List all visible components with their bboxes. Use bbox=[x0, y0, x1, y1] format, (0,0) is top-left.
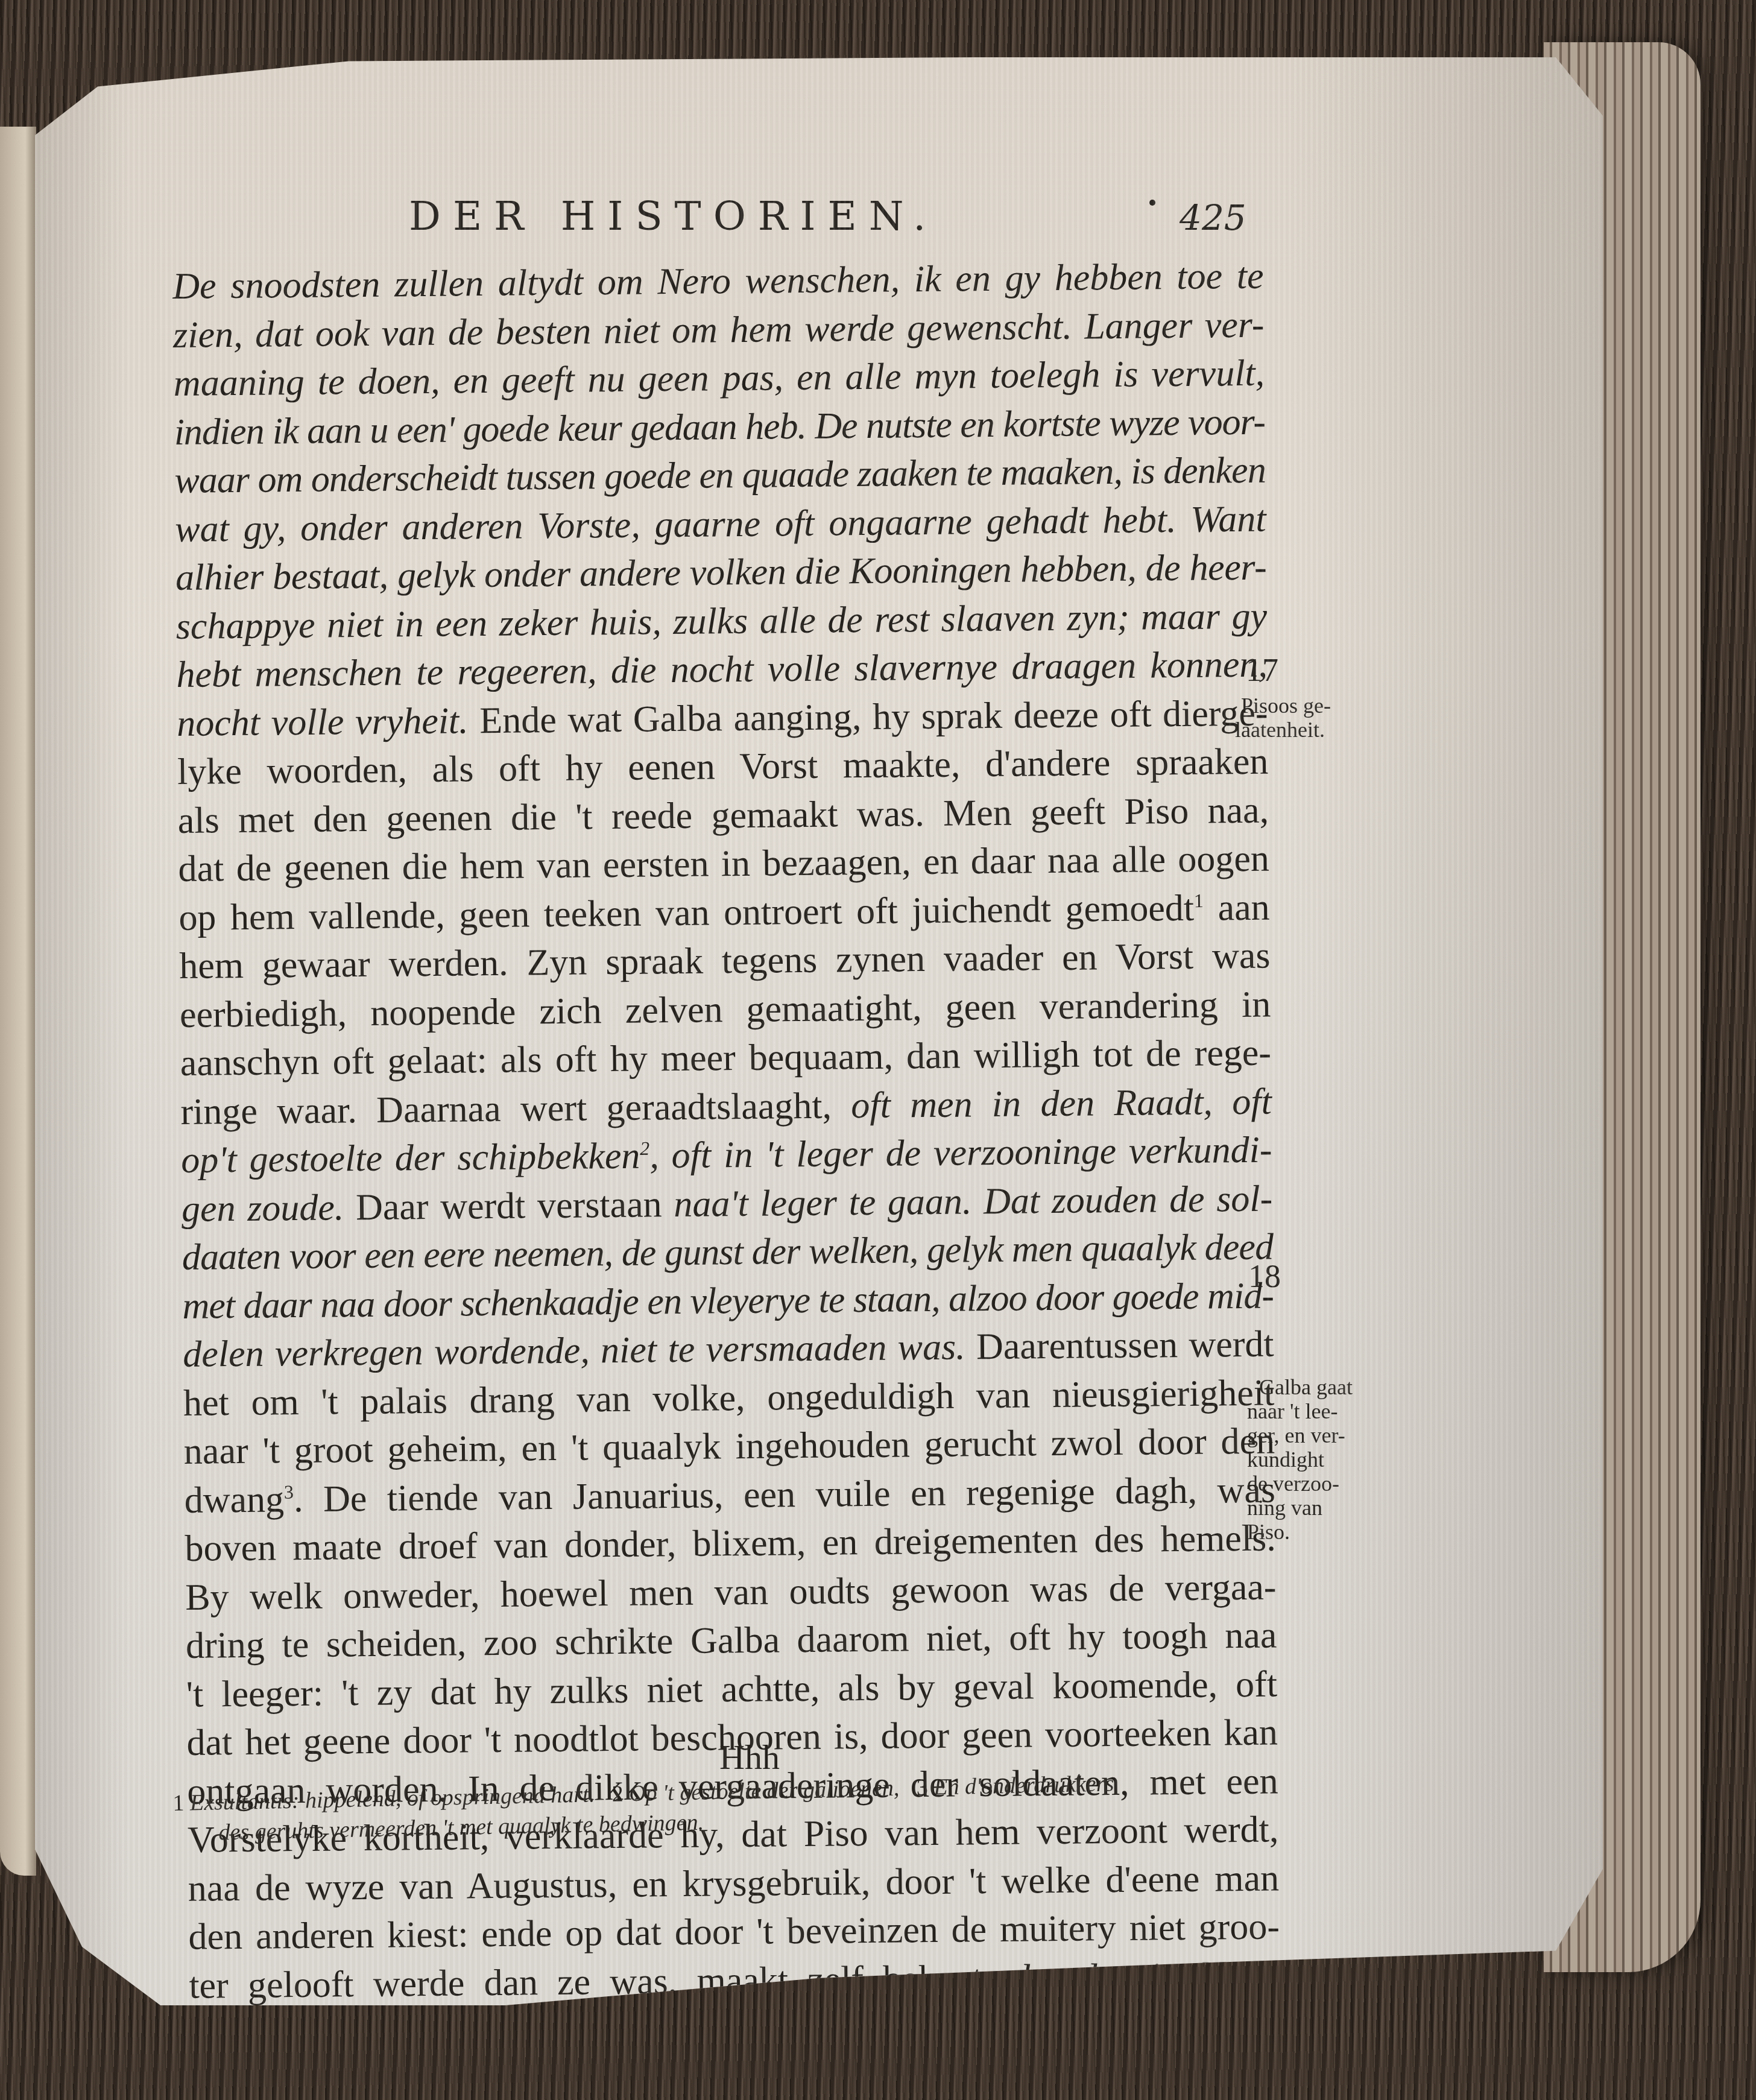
line-content: ter gelooft werde dan ze was, maakt zelf… bbox=[189, 1951, 1280, 2010]
text-run: 3 bbox=[284, 1481, 294, 1502]
text-run: dat de geenen die hem van eersten in bez… bbox=[178, 838, 1269, 890]
text-run: Daar werdt verstaan bbox=[344, 1184, 662, 1228]
text-run: boven maate droef van donder, blixem, en… bbox=[185, 1518, 1276, 1569]
text-run: By welk onweder, hoewel men van oudts ge… bbox=[185, 1566, 1277, 1618]
text-run: Daarentussen werdt bbox=[965, 1324, 1274, 1368]
margin-note-line: Pisoos ge- bbox=[1241, 694, 1331, 718]
margin-note-line: laatenheit. bbox=[1235, 718, 1331, 742]
text-run: , oft in 't leger de verzooninge verkund… bbox=[649, 1130, 1272, 1177]
footnote-number: 2 bbox=[611, 1781, 624, 1806]
text-run: lyke woorden, als oft hy eenen Vorst maa… bbox=[177, 741, 1269, 792]
text-run: gen zoude. bbox=[182, 1187, 344, 1230]
margin-note-line: de verzoo- bbox=[1247, 1472, 1353, 1496]
text-run: naa't leger te gaan. Dat zouden de sol- bbox=[662, 1178, 1272, 1225]
text-run: naar 't groot geheim, en 't quaalyk inge… bbox=[184, 1421, 1275, 1472]
footnote-text: En d'onderdrukkers bbox=[933, 1771, 1114, 1800]
facing-page-edge bbox=[0, 127, 36, 1876]
footnote-number: 3 bbox=[916, 1775, 928, 1800]
margin-note-line: naar 't lee- bbox=[1247, 1399, 1353, 1423]
text-run: schappye niet in een zeker huis, zulks a… bbox=[175, 595, 1267, 647]
text-run: De snoodsten zullen altydt om Nero wensc… bbox=[172, 256, 1264, 307]
text-run: als met den geenen die 't reede gemaakt … bbox=[178, 789, 1269, 841]
text-run: delen verkregen wordende, niet te versma… bbox=[183, 1326, 965, 1374]
text-line: twaalf- bbox=[189, 1999, 1300, 2058]
running-head: DER HISTORIEN. bbox=[409, 193, 938, 239]
text-run: met daar naa door schenkaadje en vleyery… bbox=[182, 1275, 1274, 1326]
text-run: zien, dat ook van de besten niet om hem … bbox=[173, 304, 1265, 355]
text-line: ter gelooft werde dan ze was, maakt zelf… bbox=[189, 1951, 1299, 2010]
text-run: 2 bbox=[640, 1137, 649, 1159]
footnote-number: 1 bbox=[172, 1791, 185, 1816]
text-run: . De tiende van Januarius, een vuile en … bbox=[294, 1469, 1276, 1520]
text-run: indien ik aan u een' goede keur gedaan h… bbox=[174, 401, 1265, 452]
ink-dot bbox=[1149, 200, 1155, 206]
text-run: op hem vallende, geen teeken van ontroer… bbox=[178, 887, 1194, 938]
text-run: naa de wyze van Augustus, en krysgebruik… bbox=[188, 1858, 1280, 1909]
text-run: hem gewaar werden. Zyn spraak tegens zyn… bbox=[179, 935, 1271, 987]
text-run: op't gestoelte der schipbekken bbox=[181, 1136, 640, 1181]
text-run: dring te scheiden, zoo schrikte Galba da… bbox=[186, 1615, 1277, 1666]
text-run: wat gy, onder anderen Vorste, gaarne oft… bbox=[175, 498, 1266, 549]
text-run: ringe waar. Daarnaa wert geraadtslaaght, bbox=[180, 1085, 832, 1132]
margin-note-line: Piso. bbox=[1247, 1520, 1353, 1544]
text-run: alhier bestaat, gelyk onder andere volke… bbox=[175, 547, 1267, 598]
margin-note-galba: Galba gaat naar 't lee- ger, en ver- kun… bbox=[1247, 1375, 1353, 1544]
text-run: het om 't palais drang van volke, ongedu… bbox=[183, 1372, 1275, 1423]
text-run: aanschyn oft gelaat: als oft hy meer beq… bbox=[180, 1033, 1271, 1084]
text-run: daaten voor een eere neemen, de gunst de… bbox=[182, 1227, 1274, 1278]
margin-note-line: kundight bbox=[1247, 1447, 1353, 1472]
text-run: ter gelooft werde dan ze was, maakt zelf… bbox=[189, 1958, 992, 2007]
text-run: twaalf- bbox=[1169, 2004, 1275, 2046]
section-number-18: 18 bbox=[1248, 1257, 1281, 1295]
text-run: maaning te doen, en geeft nu geen pas, e… bbox=[174, 353, 1265, 404]
text-run: nocht volle vryheit. bbox=[177, 700, 469, 744]
page-number: 425 bbox=[1180, 197, 1246, 238]
text-run: 't leeger: 't zy dat hy zulks niet achtt… bbox=[186, 1663, 1277, 1715]
line-content: twaalf- bbox=[1169, 2000, 1275, 2049]
margin-note-line: ger, en ver- bbox=[1247, 1423, 1353, 1447]
margin-note-line: ning van bbox=[1247, 1496, 1353, 1520]
text-run: eerbiedigh, noopende zich zelven gemaati… bbox=[180, 984, 1271, 1035]
signature-mark: Hhh bbox=[719, 1737, 780, 1777]
text-run: aan bbox=[1204, 887, 1270, 928]
section-number-17: 17 bbox=[1246, 651, 1278, 689]
text-run: hebt menschen te regeeren, die nocht vol… bbox=[176, 644, 1268, 695]
margin-note-pisoos: Pisoos ge- laatenheit. bbox=[1241, 694, 1331, 742]
text-run: den anderen kiest: ende op dat door 't b… bbox=[188, 1906, 1280, 1958]
text-run: waar om onderscheidt tussen goede en qua… bbox=[174, 450, 1266, 501]
text-run: dwang bbox=[184, 1479, 284, 1521]
text-run: oft men in den Raadt, oft bbox=[832, 1081, 1272, 1126]
book-page: DER HISTORIEN. 425 De snoodsten zullen a… bbox=[35, 57, 1603, 2005]
text-run: dat de vierde en bbox=[992, 1955, 1280, 1999]
footnote-text: Op 't gestoelte der galioenen, bbox=[629, 1776, 900, 1806]
text-run: Ende wat Galba aanging, hy sprak deeze o… bbox=[468, 692, 1268, 741]
text-run: 1 bbox=[1194, 889, 1204, 911]
margin-note-line: Galba gaat bbox=[1259, 1375, 1353, 1399]
